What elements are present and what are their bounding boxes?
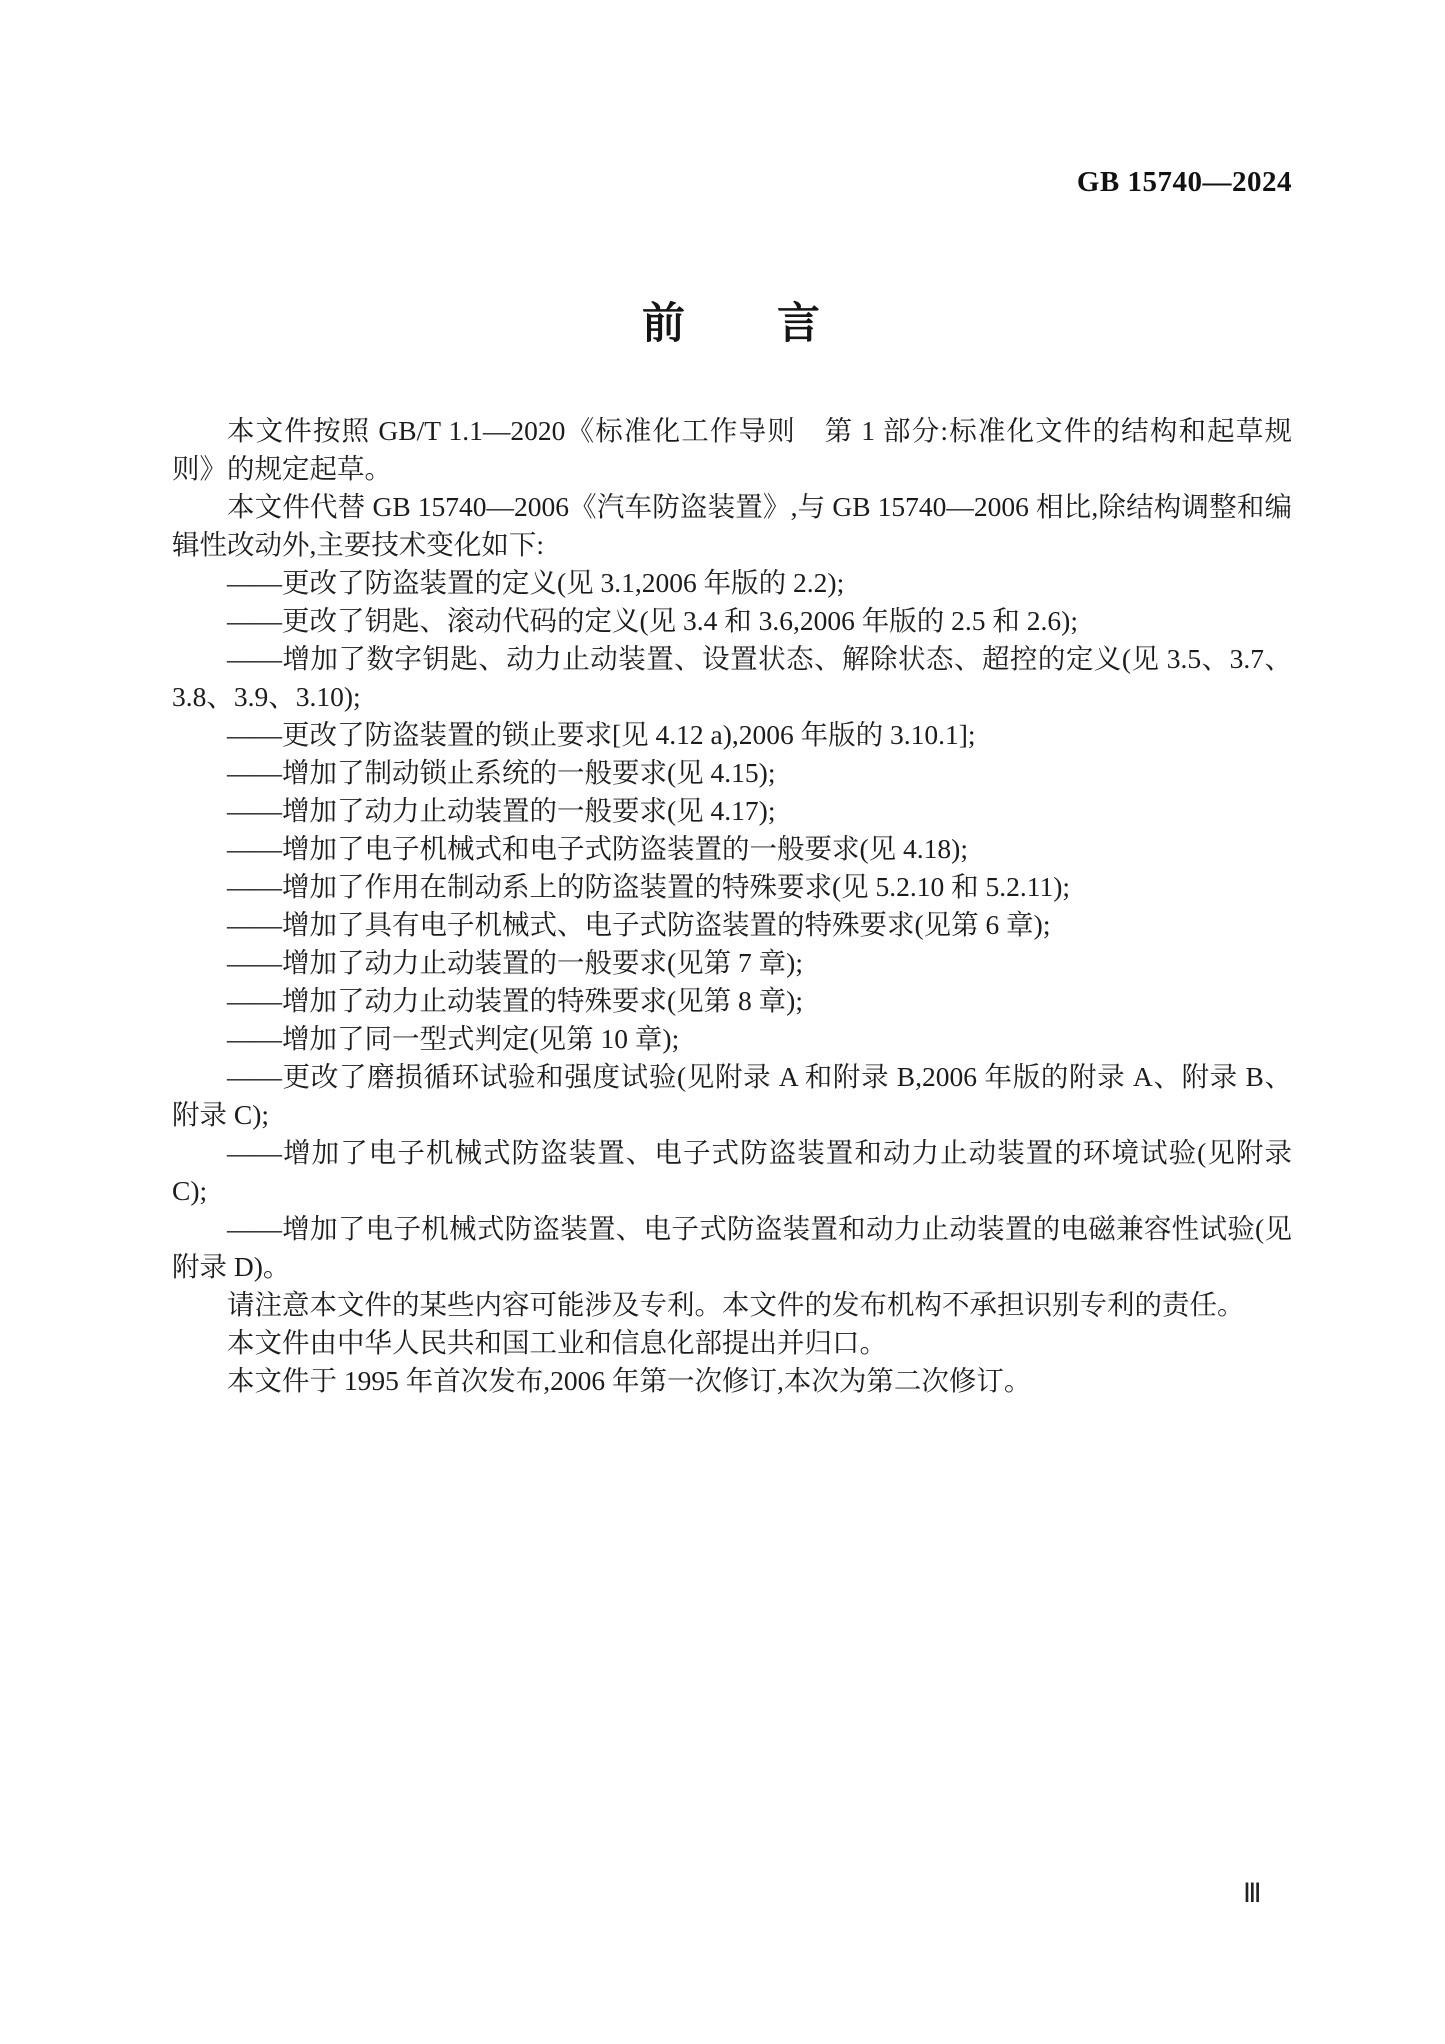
change-list-item: ——更改了钥匙、滚动代码的定义(见 3.4 和 3.6,2006 年版的 2.5… [172, 602, 1292, 640]
changes-list: ——更改了防盗装置的定义(见 3.1,2006 年版的 2.2);——更改了钥匙… [172, 564, 1292, 1286]
paragraph-patent-notice: 请注意本文件的某些内容可能涉及专利。本文件的发布机构不承担识别专利的责任。 [172, 1286, 1292, 1324]
change-list-item: ——更改了防盗装置的锁止要求[见 4.12 a),2006 年版的 3.10.1… [172, 716, 1292, 754]
change-list-item: ——增加了动力止动装置的特殊要求(见第 8 章); [172, 982, 1292, 1020]
change-list-item: ——更改了防盗装置的定义(见 3.1,2006 年版的 2.2); [172, 564, 1292, 602]
change-list-item: ——更改了磨损循环试验和强度试验(见附录 A 和附录 B,2006 年版的附录 … [172, 1058, 1292, 1134]
change-list-item: ——增加了电子机械式防盗装置、电子式防盗装置和动力止动装置的电磁兼容性试验(见附… [172, 1210, 1292, 1286]
standard-number: GB 15740—2024 [1077, 166, 1292, 199]
document-page: GB 15740—2024 前 言 本文件按照 GB/T 1.1—2020《标准… [0, 0, 1445, 2044]
page-title: 前 言 [172, 290, 1292, 351]
change-list-item: ——增加了电子机械式防盗装置、电子式防盗装置和动力止动装置的环境试验(见附录 C… [172, 1134, 1292, 1210]
change-list-item: ——增加了电子机械式和电子式防盗装置的一般要求(见 4.18); [172, 830, 1292, 868]
paragraph-revision-history: 本文件于 1995 年首次发布,2006 年第一次修订,本次为第二次修订。 [172, 1362, 1292, 1400]
foreword-content: 本文件按照 GB/T 1.1—2020《标准化工作导则 第 1 部分:标准化文件… [172, 412, 1292, 1400]
paragraph-drafting-basis: 本文件按照 GB/T 1.1—2020《标准化工作导则 第 1 部分:标准化文件… [172, 412, 1292, 488]
change-list-item: ——增加了数字钥匙、动力止动装置、设置状态、解除状态、超控的定义(见 3.5、3… [172, 640, 1292, 716]
change-list-item: ——增加了同一型式判定(见第 10 章); [172, 1020, 1292, 1058]
paragraph-replacement-note: 本文件代替 GB 15740—2006《汽车防盗装置》,与 GB 15740—2… [172, 488, 1292, 564]
change-list-item: ——增加了具有电子机械式、电子式防盗装置的特殊要求(见第 6 章); [172, 906, 1292, 944]
change-list-item: ——增加了动力止动装置的一般要求(见第 7 章); [172, 944, 1292, 982]
change-list-item: ——增加了制动锁止系统的一般要求(见 4.15); [172, 754, 1292, 792]
change-list-item: ——增加了动力止动装置的一般要求(见 4.17); [172, 792, 1292, 830]
change-list-item: ——增加了作用在制动系上的防盗装置的特殊要求(见 5.2.10 和 5.2.11… [172, 868, 1292, 906]
page-number: Ⅲ [1243, 1878, 1262, 1909]
paragraph-issuing-body: 本文件由中华人民共和国工业和信息化部提出并归口。 [172, 1324, 1292, 1362]
